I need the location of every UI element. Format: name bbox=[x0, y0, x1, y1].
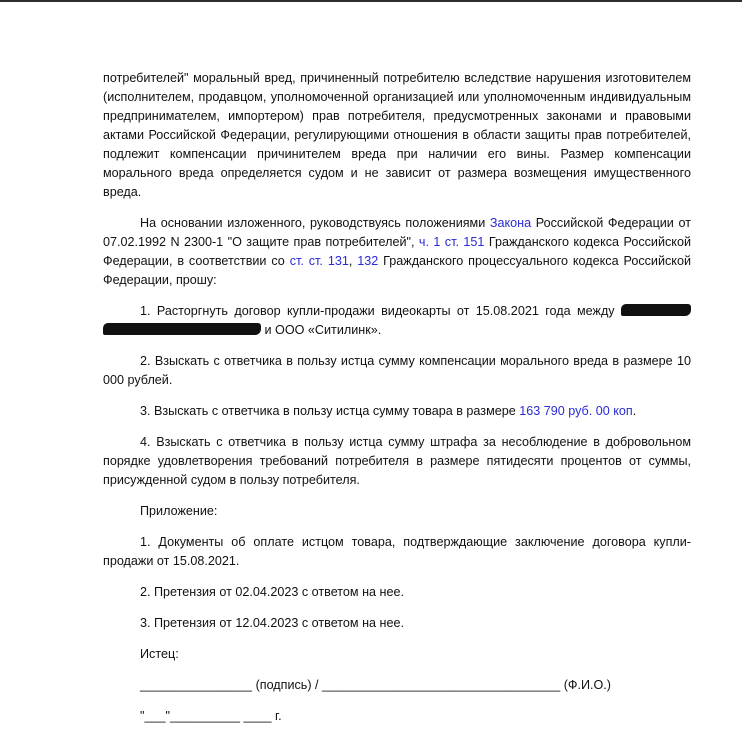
appendix-heading: Приложение: bbox=[103, 502, 691, 521]
law-link[interactable]: Закона bbox=[490, 216, 531, 230]
request-text: 1. Расторгнуть договор купли-продажи вид… bbox=[140, 304, 621, 318]
basis-text: На основании изложенного, руководствуясь… bbox=[140, 216, 490, 230]
request-1: 1. Расторгнуть договор купли-продажи вид… bbox=[103, 302, 691, 340]
request-2: 2. Взыскать с ответчика в пользу истца с… bbox=[103, 352, 691, 390]
appendix-item: 3. Претензия от 12.04.2023 с ответом на … bbox=[103, 614, 691, 633]
window-top-border bbox=[0, 0, 742, 2]
plaintiff-label: Истец: bbox=[103, 645, 691, 664]
request-4: 4. Взыскать с ответчика в пользу истца с… bbox=[103, 433, 691, 490]
document-page: потребителей" моральный вред, причиненны… bbox=[103, 69, 691, 726]
article-132-link[interactable]: 132 bbox=[357, 254, 378, 268]
request-3: 3. Взыскать с ответчика в пользу истца с… bbox=[103, 402, 691, 421]
basis-text: , bbox=[349, 254, 357, 268]
basis-paragraph: На основании изложенного, руководствуясь… bbox=[103, 214, 691, 290]
appendix-item: 2. Претензия от 02.04.2023 с ответом на … bbox=[103, 583, 691, 602]
article-131-link[interactable]: ст. ст. 131 bbox=[290, 254, 349, 268]
appendix-item: 1. Документы об оплате истцом товара, по… bbox=[103, 533, 691, 571]
amount-link[interactable]: 163 790 руб. 00 коп bbox=[519, 404, 633, 418]
redacted-name bbox=[103, 323, 261, 335]
request-text: . bbox=[633, 404, 637, 418]
request-text: 3. Взыскать с ответчика в пользу истца с… bbox=[140, 404, 519, 418]
date-line: "___"__________ ____ г. bbox=[103, 707, 691, 726]
moral-damage-paragraph: потребителей" моральный вред, причиненны… bbox=[103, 69, 691, 202]
article-151-link[interactable]: ч. 1 ст. 151 bbox=[419, 235, 485, 249]
signature-line: ________________ (подпись) / ___________… bbox=[103, 676, 691, 695]
redacted-name bbox=[621, 304, 691, 316]
request-text: и ООО «Ситилинк». bbox=[261, 323, 381, 337]
